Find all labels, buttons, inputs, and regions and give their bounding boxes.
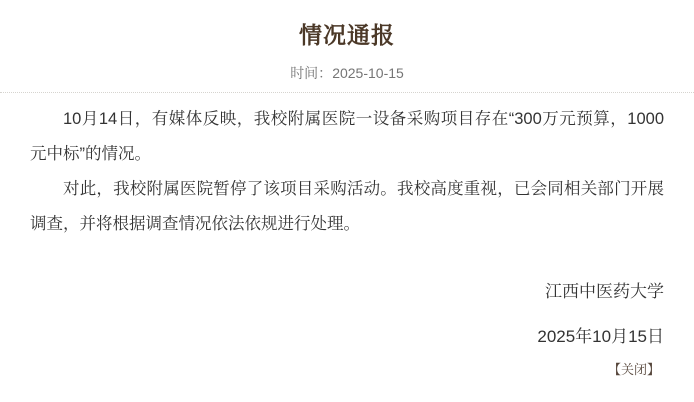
notice-body: 10月14日，有媒体反映，我校附属医院一设备采购项目存在“300万元预算，100…	[30, 102, 664, 242]
dotted-divider	[0, 92, 694, 93]
close-button[interactable]: 【关闭】	[608, 362, 660, 377]
time-value: 2025-10-15	[332, 65, 404, 81]
page-title: 情况通报	[30, 0, 664, 50]
notice-page: 情况通报 时间：2025-10-15 10月14日，有媒体反映，我校附属医院一设…	[0, 0, 694, 402]
signature-organization: 江西中医药大学	[30, 274, 664, 309]
publish-time: 时间：2025-10-15	[30, 63, 664, 83]
time-label: 时间：	[290, 65, 332, 81]
notice-paragraph-2: 对此，我校附属医院暂停了该项目采购活动。我校高度重视，已会同相关部门开展调查，并…	[30, 172, 664, 242]
close-row: 【关闭】	[30, 360, 664, 380]
signature-date: 2025年10月15日	[30, 319, 664, 354]
notice-paragraph-1: 10月14日，有媒体反映，我校附属医院一设备采购项目存在“300万元预算，100…	[30, 102, 664, 172]
